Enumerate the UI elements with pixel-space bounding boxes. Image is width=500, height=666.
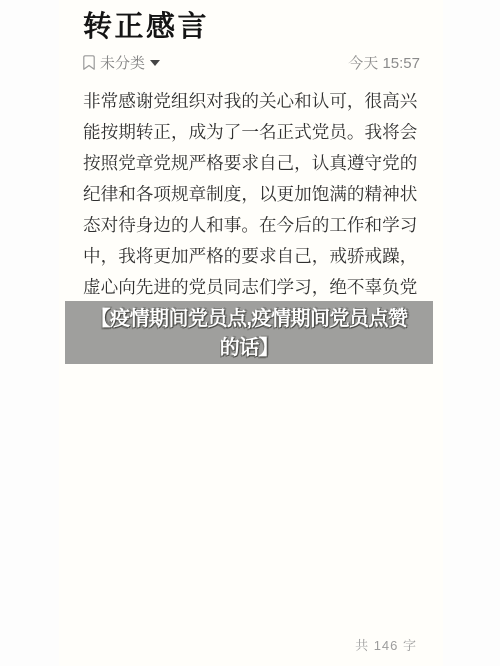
bookmark-icon	[83, 55, 95, 70]
word-count: 共 146 字	[355, 635, 417, 654]
body-line: 态对待身边的人和事。在今后的工作和学习	[83, 210, 420, 241]
category-selector[interactable]: 未分类	[83, 52, 160, 73]
note-body[interactable]: 非常感谢党组织对我的关心和认可，很高兴能按期转正，成为了一名正式党员。我将会按照…	[83, 86, 420, 303]
category-label: 未分类	[100, 52, 145, 73]
screenshot-stage: 转正感言 未分类 今天 15:57 非常感谢党组织对我的关心和认可，很高兴能按期…	[0, 0, 500, 666]
body-line: 非常感谢党组织对我的关心和认可，很高兴	[83, 86, 420, 117]
body-line: 中，我将更加严格的要求自己，戒骄戒躁，	[83, 241, 420, 272]
chevron-down-icon	[150, 60, 160, 66]
watermark-banner: 【疫情期间党员点,疫情期间党员点赞 的话】	[65, 301, 433, 364]
watermark-text-line1: 【疫情期间党员点,疫情期间党员点赞	[65, 305, 433, 334]
note-title[interactable]: 转正感言	[83, 8, 420, 46]
watermark-text-line2: 的话】	[65, 334, 433, 363]
body-line: 虚心向先进的党员同志们学习，绝不辜负党	[83, 272, 420, 303]
note-meta-row: 未分类 今天 15:57	[83, 53, 420, 71]
body-line: 能按期转正，成为了一名正式党员。我将会	[83, 117, 420, 148]
body-line: 纪律和各项规章制度，以更加饱满的精神状	[83, 179, 420, 210]
note-timestamp: 今天 15:57	[348, 52, 420, 73]
body-line: 按照党章党规严格要求自己，认真遵守党的	[83, 148, 420, 179]
